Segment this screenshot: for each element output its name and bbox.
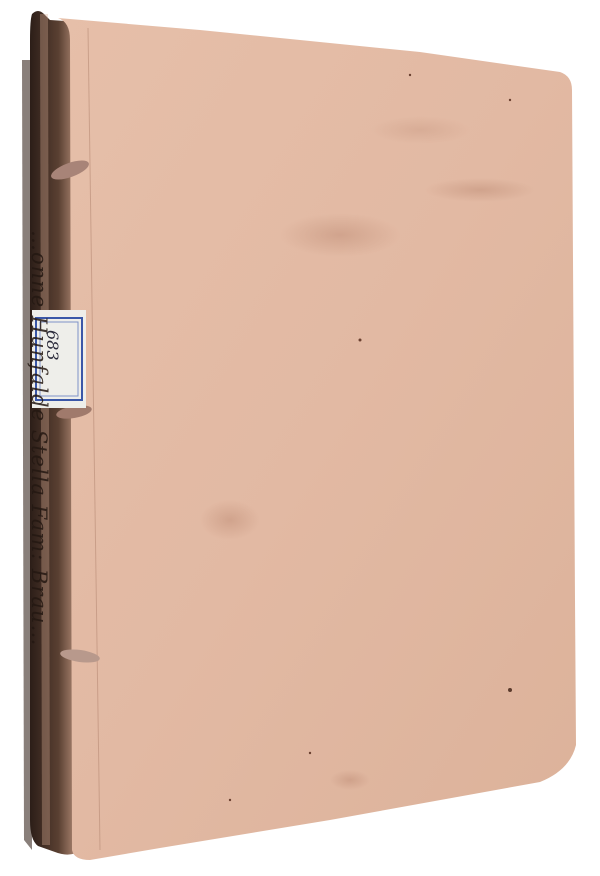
spine-handwritten-title: …onne Hunfalde Stella Fam: Brau… <box>27 230 51 870</box>
book-photo: …onne Hunfalde Stella Fam: Brau… 683 <box>0 0 600 876</box>
book-illustration <box>0 0 600 876</box>
front-cover <box>58 18 576 860</box>
spine-label-number: 683 <box>42 330 62 390</box>
